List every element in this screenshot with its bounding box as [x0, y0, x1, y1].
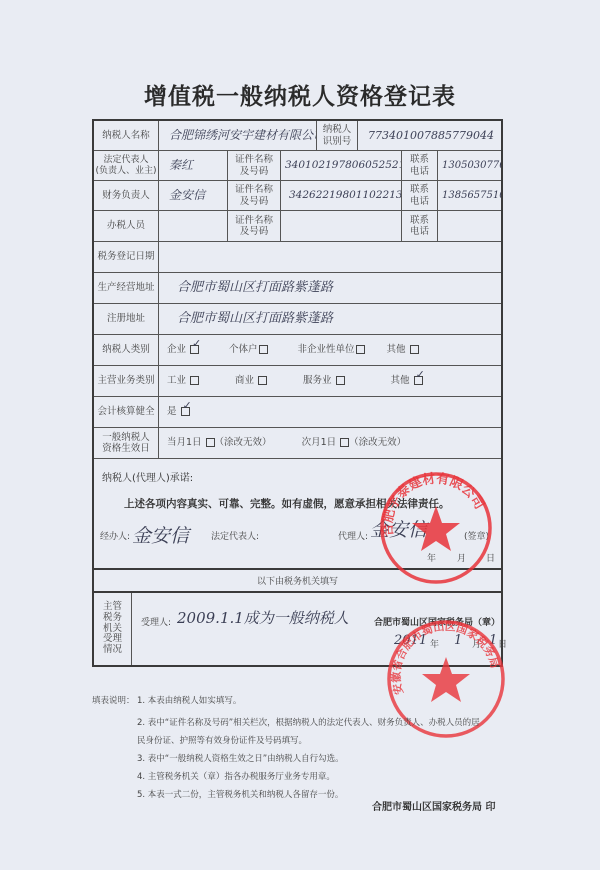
receiver-note[interactable]: 2009.1.1成为一般纳税人: [177, 607, 349, 628]
option-enterprise[interactable]: 企业: [167, 344, 199, 355]
instructions-heading: 填表说明：: [92, 697, 135, 706]
taxpayer-type-label: 纳税人类别: [94, 335, 159, 365]
tax-agent-label: 办税人员: [94, 211, 159, 241]
official-month-label: 月: [472, 637, 481, 650]
agent-signature[interactable]: 金安信: [370, 515, 427, 542]
option-label: 工业: [167, 375, 186, 386]
finance-id-value[interactable]: 342622198011022135: [281, 181, 402, 210]
option-label: 服务业: [303, 375, 332, 386]
official-banner: 以下由税务机关填写: [94, 570, 501, 593]
finance-label: 财务负责人: [94, 181, 159, 210]
official-section: 主管 税务 机关 受理 情况 受理人: 2009.1.1成为一般纳税人 合肥市蜀…: [94, 593, 501, 665]
option-industry[interactable]: 工业: [167, 375, 199, 386]
tax-agent-value[interactable]: [159, 211, 228, 241]
checkbox[interactable]: [414, 376, 423, 385]
legal-rep-phone-label: 联系 电话: [402, 151, 438, 180]
option-label: 其他: [387, 344, 406, 355]
effective-date-row: 一般纳税人 资格生效日 当月1日（涂改无效） 次月1日（涂改无效）: [94, 428, 501, 459]
business-type-label: 主营业务类别: [94, 366, 159, 396]
instruction-item: 4. 主管税务机关（章）指各办税服务厅业务专用章。: [137, 773, 335, 782]
checkbox[interactable]: [356, 345, 365, 354]
taxpayer-name-row: 纳税人名称 合肥锦绣河安宇建材有限公司 纳税人 识别号 773401007885…: [94, 121, 501, 151]
option-label: 商业: [235, 375, 254, 386]
finance-phone-value[interactable]: 13856575100: [438, 181, 501, 210]
pledge-heading: 纳税人(代理人)承诺:: [102, 469, 193, 484]
seal-label: (签章): [464, 529, 489, 542]
checkbox[interactable]: [190, 376, 199, 385]
instruction-item: 5. 本表一式二份，主管税务机关和纳税人各留存一份。: [137, 791, 343, 800]
official-year-value[interactable]: 2011: [394, 633, 427, 648]
taxpayer-type-options: 企业 个体户 非企业性单位 其他: [159, 335, 501, 365]
finance-phone-label: 联系 电话: [402, 181, 438, 210]
tax-agent-phone-value[interactable]: [438, 211, 501, 241]
effective-date-label: 一般纳税人 资格生效日: [94, 428, 159, 458]
official-day-label: 日: [498, 637, 507, 650]
tax-agent-id-value[interactable]: [281, 211, 402, 241]
taxpayer-id-label: 纳税人 识别号: [317, 121, 358, 150]
checkbox[interactable]: [259, 345, 268, 354]
option-commerce[interactable]: 商业: [235, 375, 267, 386]
reg-address-value[interactable]: 合肥市蜀山区打面路紫蓬路: [159, 304, 501, 334]
authority-label: 合肥市蜀山区国家税务局（章）: [374, 615, 500, 628]
legal-rep-value[interactable]: 秦红: [159, 151, 228, 180]
instruction-item: 2. 表中“证件名称及号码”相关栏次，根据纳税人的法定代表人、财务负责人、办税人…: [137, 719, 480, 728]
option-label: 其他: [391, 375, 410, 386]
taxpayer-id-value[interactable]: 773401007885779044: [358, 121, 501, 150]
option-service[interactable]: 服务业: [303, 375, 345, 386]
legal-rep-label: 法定代表人 (负责人、业主): [94, 151, 159, 180]
pledge-statement: 上述各项内容真实、可靠、完整。如有虚假，愿意承担相关法律责任。: [124, 496, 450, 511]
business-type-row: 主营业务类别 工业 商业 服务业 其他: [94, 366, 501, 397]
option-non-enterprise[interactable]: 非企业性单位: [298, 344, 365, 355]
instruction-item: 3. 表中“一般纳税人资格生效之日”由纳税人自行勾选。: [137, 755, 344, 764]
option-current-month[interactable]: 当月1日（涂改无效）: [167, 437, 272, 448]
accounting-row: 会计核算健全 是: [94, 397, 501, 428]
reg-date-row: 税务登记日期: [94, 242, 501, 273]
pledge-section: 纳税人(代理人)承诺: 上述各项内容真实、可靠、完整。如有虚假，愿意承担相关法律…: [94, 459, 501, 570]
official-year-label: 年: [430, 637, 439, 650]
finance-value[interactable]: 金安信: [159, 181, 228, 210]
checkbox[interactable]: [336, 376, 345, 385]
business-type-options: 工业 商业 服务业 其他: [159, 366, 501, 396]
taxpayer-name-value[interactable]: 合肥锦绣河安宇建材有限公司: [159, 121, 317, 150]
taxpayer-type-row: 纳税人类别 企业 个体户 非企业性单位 其他: [94, 335, 501, 366]
agent-label: 代理人:: [338, 529, 368, 542]
option-label: 是: [167, 406, 177, 417]
reg-address-label: 注册地址: [94, 304, 159, 334]
form-title: 增值税一般纳税人资格登记表: [0, 78, 600, 111]
option-other[interactable]: 其他: [387, 344, 419, 355]
checkbox[interactable]: [181, 407, 190, 416]
biz-address-row: 生产经营地址 合肥市蜀山区打面路紫蓬路: [94, 273, 501, 304]
handler-signature[interactable]: 金安信: [132, 521, 189, 548]
official-body: 受理人: 2009.1.1成为一般纳税人 合肥市蜀山区国家税务局（章） 2011…: [132, 593, 501, 665]
option-label: 个体户: [229, 344, 258, 355]
checkbox[interactable]: [206, 438, 215, 447]
option-suffix: （涂改无效）: [215, 437, 272, 448]
checkbox[interactable]: [258, 376, 267, 385]
reg-date-value[interactable]: [159, 242, 501, 272]
receiver-label: 受理人:: [141, 615, 171, 628]
checkbox[interactable]: [410, 345, 419, 354]
checkbox[interactable]: [340, 438, 349, 447]
effective-date-options: 当月1日（涂改无效） 次月1日（涂改无效）: [159, 428, 501, 458]
legal-rep-row: 法定代表人 (负责人、业主) 秦红 证件名称 及号码 3401021978060…: [94, 151, 501, 181]
accounting-options: 是: [159, 397, 501, 427]
option-yes[interactable]: 是: [167, 406, 190, 417]
accounting-label: 会计核算健全: [94, 397, 159, 427]
taxpayer-name-label: 纳税人名称: [94, 121, 159, 150]
legal-rep-id-label: 证件名称 及号码: [228, 151, 281, 180]
official-day-value[interactable]: 1: [489, 633, 497, 648]
option-suffix: （涂改无效）: [349, 437, 406, 448]
pledge-month-label: 月: [457, 551, 466, 564]
legal-rep-sign-label: 法定代表人:: [211, 529, 259, 542]
tax-agent-id-label: 证件名称 及号码: [228, 211, 281, 241]
instruction-item: 民身份证、护照等有效身份证件及号码填写。: [137, 737, 307, 746]
legal-rep-id-value[interactable]: 340102197806052521: [281, 151, 402, 180]
pledge-day-label: 日: [486, 551, 495, 564]
official-side-label: 主管 税务 机关 受理 情况: [94, 593, 132, 665]
option-label: 非企业性单位: [298, 344, 355, 355]
reg-address-row: 注册地址 合肥市蜀山区打面路紫蓬路: [94, 304, 501, 335]
option-label: 当月1日: [167, 437, 202, 448]
finance-row: 财务负责人 金安信 证件名称 及号码 342622198011022135 联系…: [94, 181, 501, 211]
instruction-item: 1. 本表由纳税人如实填写。: [137, 697, 241, 706]
option-individual[interactable]: 个体户: [229, 344, 268, 355]
option-label: 次月1日: [302, 437, 337, 448]
option-next-month[interactable]: 次月1日（涂改无效）: [302, 437, 407, 448]
option-label: 企业: [167, 344, 186, 355]
handler-label: 经办人:: [100, 529, 130, 542]
checkbox[interactable]: [190, 345, 199, 354]
tax-agent-row: 办税人员 证件名称 及号码 联系 电话: [94, 211, 501, 242]
tax-agent-phone-label: 联系 电话: [402, 211, 438, 241]
biz-address-label: 生产经营地址: [94, 273, 159, 303]
reg-date-label: 税务登记日期: [94, 242, 159, 272]
registration-table: 纳税人名称 合肥锦绣河安宇建材有限公司 纳税人 识别号 773401007885…: [92, 119, 503, 667]
biz-address-value[interactable]: 合肥市蜀山区打面路紫蓬路: [159, 273, 501, 303]
option-other[interactable]: 其他: [391, 375, 423, 386]
finance-id-label: 证件名称 及号码: [228, 181, 281, 210]
official-month-value[interactable]: 1: [454, 633, 462, 648]
issuer-footer: 合肥市蜀山区国家税务局 印: [372, 798, 495, 813]
legal-rep-phone-value[interactable]: 1305030776: [438, 151, 501, 180]
pledge-year-label: 年: [427, 551, 436, 564]
